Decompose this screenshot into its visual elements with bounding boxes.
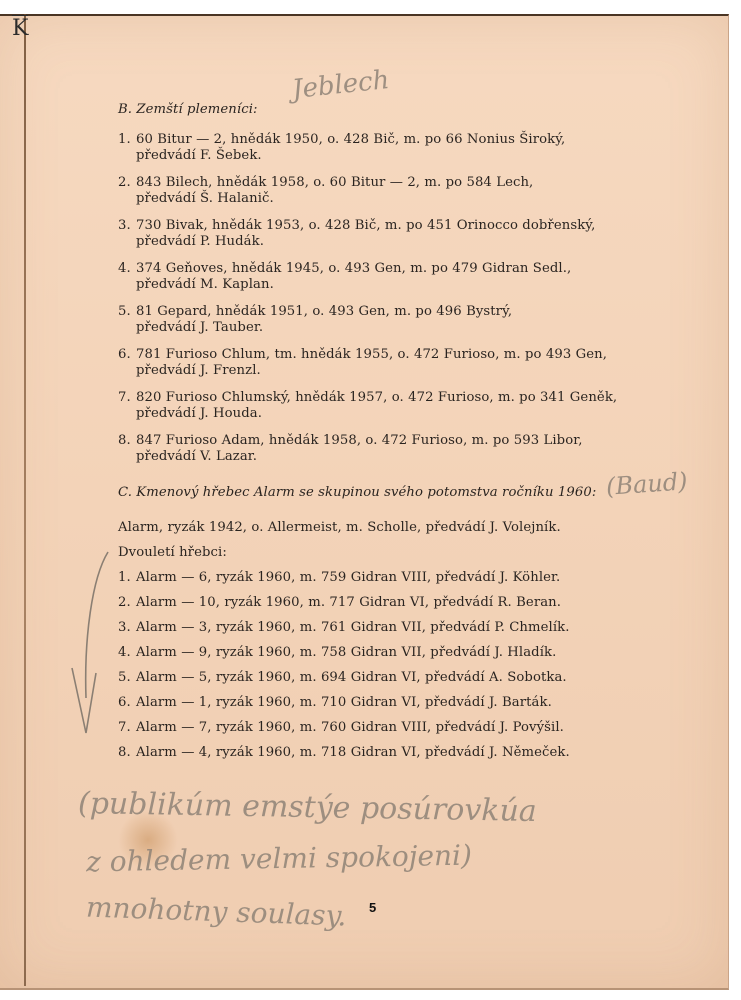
section-b-heading: B. Zemští plemeníci: [118, 102, 258, 118]
entry-line: Alarm — 7, ryzák 1960, m. 760 Gidran VII… [136, 720, 564, 735]
section-c-heading: C. Kmenový hřebec Alarm se skupinou svéh… [118, 485, 596, 501]
offspring-entry: 7.Alarm — 7, ryzák 1960, m. 760 Gidran V… [118, 720, 564, 736]
entry-number: 1. [118, 132, 136, 148]
entry-handler: předvádí F. Šebek. [118, 148, 565, 164]
entry-number: 5. [118, 670, 136, 686]
entry-line: Alarm — 10, ryzák 1960, m. 717 Gidran VI… [136, 595, 561, 610]
entry-handler: předvádí V. Lazar. [118, 449, 582, 465]
entry-line: Alarm — 9, ryzák 1960, m. 758 Gidran VII… [136, 645, 556, 660]
entry-line: 60 Bitur — 2, hnědák 1950, o. 428 Bič, m… [136, 132, 565, 147]
entry-handler: předvádí J. Frenzl. [118, 363, 607, 379]
entry-handler: předvádí J. Houda. [118, 406, 617, 422]
entry-handler: předvádí M. Kaplan. [118, 277, 571, 293]
stallion-entry: 3.730 Bivak, hnědák 1953, o. 428 Bič, m.… [118, 218, 595, 250]
entry-line: 820 Furioso Chlumský, hnědák 1957, o. 47… [136, 390, 617, 405]
entry-number: 5. [118, 304, 136, 320]
entry-line: 781 Furioso Chlum, tm. hnědák 1955, o. 4… [136, 347, 607, 362]
page-number: 5 [369, 900, 376, 915]
entry-number: 7. [118, 390, 136, 406]
offspring-entry: 6.Alarm — 1, ryzák 1960, m. 710 Gidran V… [118, 695, 552, 711]
handwritten-note-section-c: (Baud) [605, 467, 688, 501]
sire-description: Alarm, ryzák 1942, o. Allermeist, m. Sch… [118, 520, 561, 536]
entry-line: 843 Bilech, hnědák 1958, o. 60 Bitur — 2… [136, 175, 533, 190]
stallion-entry: 4.374 Geňoves, hnědák 1945, o. 493 Gen, … [118, 261, 571, 293]
offspring-entry: 4.Alarm — 9, ryzák 1960, m. 758 Gidran V… [118, 645, 556, 661]
entry-number: 2. [118, 595, 136, 611]
page-fold-line [24, 14, 26, 986]
watermark-logo: K [12, 18, 28, 40]
entry-number: 6. [118, 347, 136, 363]
offspring-entry: 2.Alarm — 10, ryzák 1960, m. 717 Gidran … [118, 595, 561, 611]
entry-line: Alarm — 6, ryzák 1960, m. 759 Gidran VII… [136, 570, 560, 585]
entry-line: 847 Furioso Adam, hnědák 1958, o. 472 Fu… [136, 433, 582, 448]
entry-number: 8. [118, 745, 136, 761]
entry-number: 4. [118, 261, 136, 277]
entry-line: Alarm — 1, ryzák 1960, m. 710 Gidran VI,… [136, 695, 552, 710]
entry-number: 3. [118, 218, 136, 234]
entry-number: 2. [118, 175, 136, 191]
two-year-olds-subheading: Dvouletí hřebci: [118, 545, 227, 561]
handwritten-note-bottom-line2: z ohledem velmi spokojeni) [86, 839, 472, 879]
entry-line: 374 Geňoves, hnědák 1945, o. 493 Gen, m.… [136, 261, 571, 276]
entry-number: 4. [118, 645, 136, 661]
offspring-entry: 3.Alarm — 3, ryzák 1960, m. 761 Gidran V… [118, 620, 570, 636]
entry-line: Alarm — 5, ryzák 1960, m. 694 Gidran VI,… [136, 670, 567, 685]
entry-number: 7. [118, 720, 136, 736]
entry-handler: předvádí P. Hudák. [118, 234, 595, 250]
stallion-entry: 5.81 Gepard, hnědák 1951, o. 493 Gen, m.… [118, 304, 512, 336]
offspring-entry: 5.Alarm — 5, ryzák 1960, m. 694 Gidran V… [118, 670, 567, 686]
entry-number: 1. [118, 570, 136, 586]
entry-handler: předvádí J. Tauber. [118, 320, 512, 336]
entry-line: 730 Bivak, hnědák 1953, o. 428 Bič, m. p… [136, 218, 595, 233]
offspring-entry: 8.Alarm — 4, ryzák 1960, m. 718 Gidran V… [118, 745, 570, 761]
handwritten-arrow-icon [70, 548, 120, 748]
stallion-entry: 6.781 Furioso Chlum, tm. hnědák 1955, o.… [118, 347, 607, 379]
stallion-entry: 2.843 Bilech, hnědák 1958, o. 60 Bitur —… [118, 175, 533, 207]
entry-line: Alarm — 3, ryzák 1960, m. 761 Gidran VII… [136, 620, 570, 635]
entry-handler: předvádí Š. Halanič. [118, 191, 533, 207]
entry-number: 3. [118, 620, 136, 636]
entry-line: 81 Gepard, hnědák 1951, o. 493 Gen, m. p… [136, 304, 512, 319]
stallion-entry: 7.820 Furioso Chlumský, hnědák 1957, o. … [118, 390, 617, 422]
offspring-entry: 1.Alarm — 6, ryzák 1960, m. 759 Gidran V… [118, 570, 560, 586]
stallion-entry: 8.847 Furioso Adam, hnědák 1958, o. 472 … [118, 433, 582, 465]
entry-line: Alarm — 4, ryzák 1960, m. 718 Gidran VI,… [136, 745, 570, 760]
stallion-entry: 1.60 Bitur — 2, hnědák 1950, o. 428 Bič,… [118, 132, 565, 164]
entry-number: 6. [118, 695, 136, 711]
entry-number: 8. [118, 433, 136, 449]
